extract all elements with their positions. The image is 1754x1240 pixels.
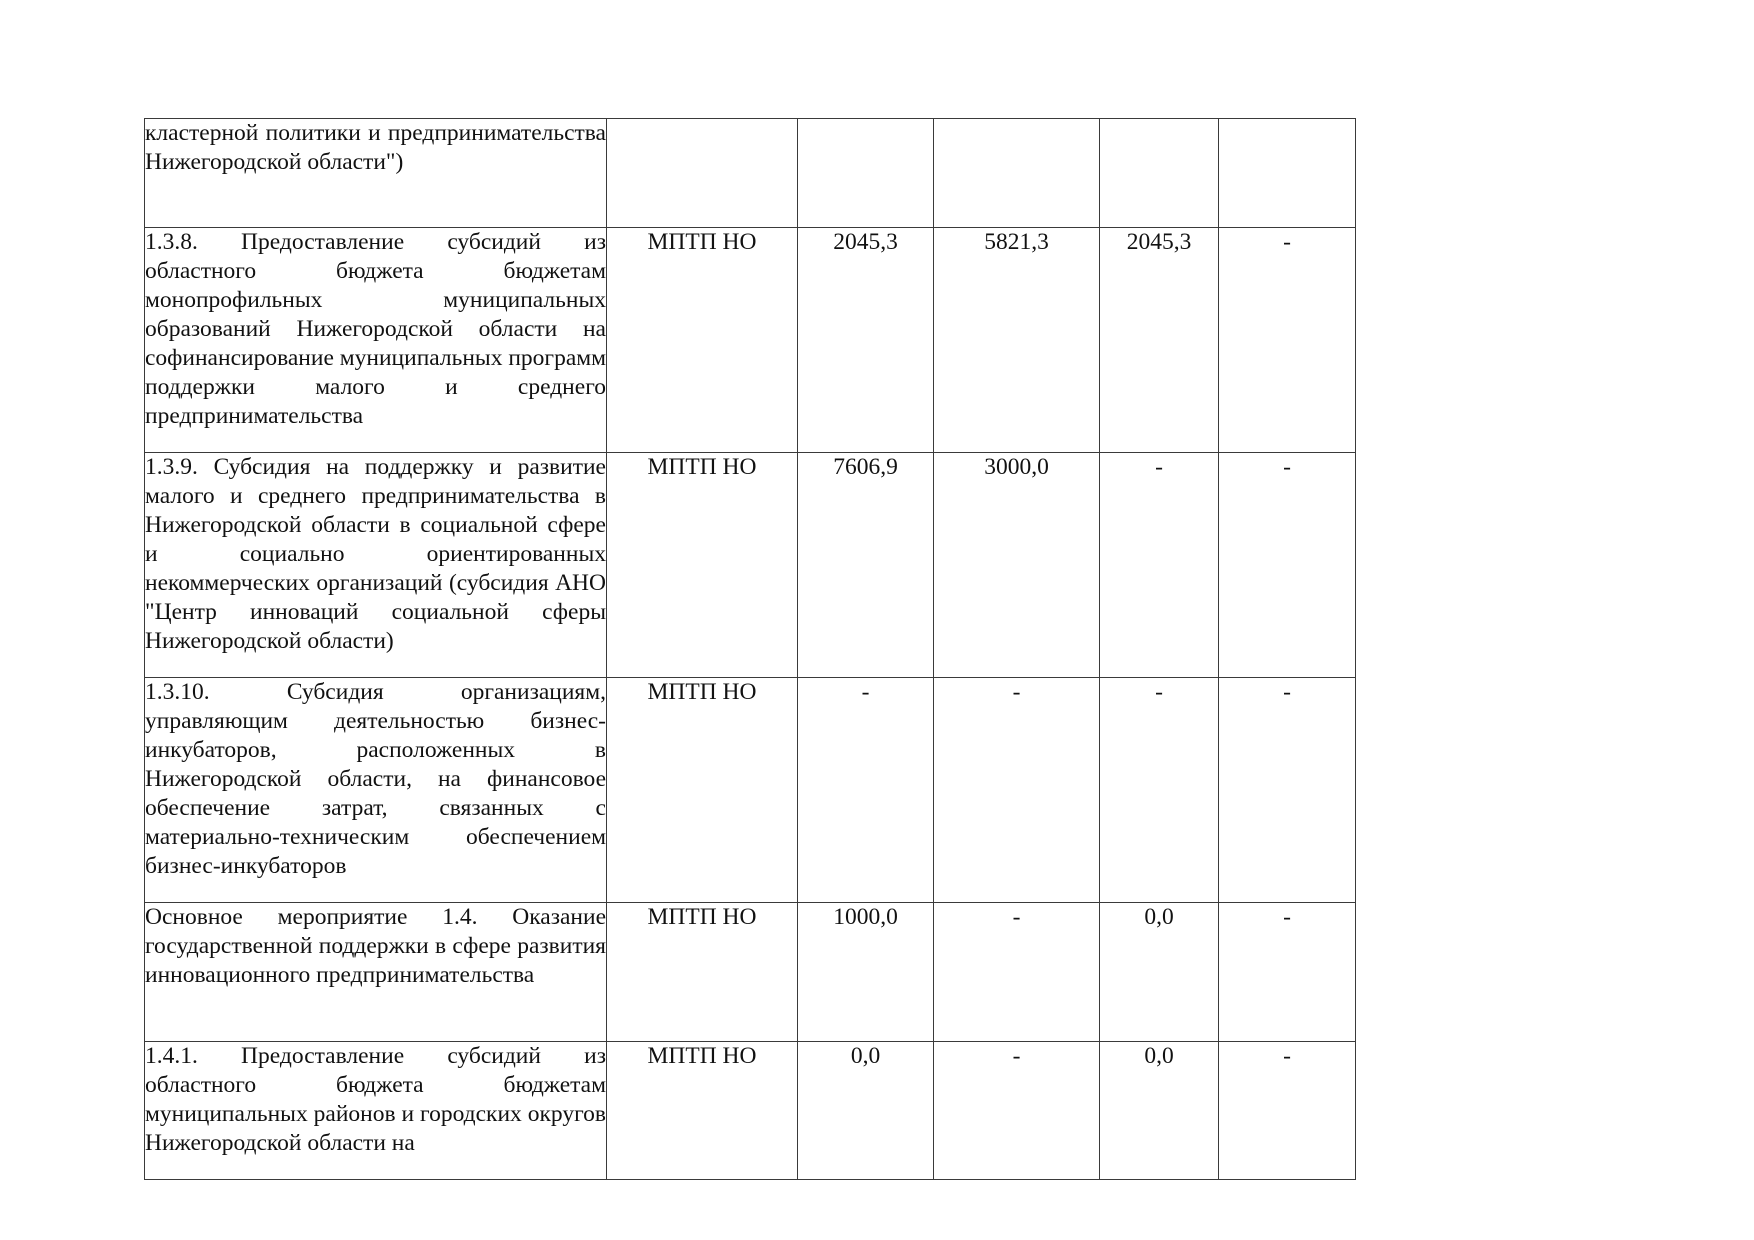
row-executor: МПТП НО bbox=[607, 1042, 798, 1180]
table-row: 1.4.1. Предоставление субсидий из област… bbox=[145, 1042, 1356, 1180]
row-value-3: 2045,3 bbox=[1100, 228, 1219, 453]
row-value-1: 2045,3 bbox=[798, 228, 934, 453]
row-value-2 bbox=[934, 119, 1100, 228]
row-value-2: 3000,0 bbox=[934, 453, 1100, 678]
row-executor bbox=[607, 119, 798, 228]
row-value-1: 0,0 bbox=[798, 1042, 934, 1180]
row-value-4: - bbox=[1219, 903, 1356, 1042]
row-description: 1.3.9. Субсидия на поддержку и развитие … bbox=[145, 453, 607, 678]
row-value-4: - bbox=[1219, 228, 1356, 453]
table-row: кластерной политики и предпринимательств… bbox=[145, 119, 1356, 228]
row-value-1: 1000,0 bbox=[798, 903, 934, 1042]
row-value-2: 5821,3 bbox=[934, 228, 1100, 453]
row-executor: МПТП НО bbox=[607, 453, 798, 678]
row-executor: МПТП НО bbox=[607, 228, 798, 453]
row-description: 1.3.8. Предоставление субсидий из област… bbox=[145, 228, 607, 453]
row-value-4 bbox=[1219, 119, 1356, 228]
row-value-1: 7606,9 bbox=[798, 453, 934, 678]
row-value-3: 0,0 bbox=[1100, 1042, 1219, 1180]
row-description: 1.3.10. Субсидия организациям, управляющ… bbox=[145, 678, 607, 903]
row-description: кластерной политики и предпринимательств… bbox=[145, 119, 607, 228]
row-value-4: - bbox=[1219, 453, 1356, 678]
row-executor: МПТП НО bbox=[607, 678, 798, 903]
table-row: Основное мероприятие 1.4. Оказание госуд… bbox=[145, 903, 1356, 1042]
row-value-3: - bbox=[1100, 453, 1219, 678]
row-value-2: - bbox=[934, 903, 1100, 1042]
row-executor: МПТП НО bbox=[607, 903, 798, 1042]
table-row: 1.3.9. Субсидия на поддержку и развитие … bbox=[145, 453, 1356, 678]
row-value-4: - bbox=[1219, 1042, 1356, 1180]
row-value-3 bbox=[1100, 119, 1219, 228]
row-value-2: - bbox=[934, 1042, 1100, 1180]
row-value-4: - bbox=[1219, 678, 1356, 903]
table-row: 1.3.10. Субсидия организациям, управляющ… bbox=[145, 678, 1356, 903]
row-description: 1.4.1. Предоставление субсидий из област… bbox=[145, 1042, 607, 1180]
document-page: кластерной политики и предпринимательств… bbox=[0, 0, 1754, 1240]
funding-table: кластерной политики и предпринимательств… bbox=[144, 118, 1356, 1180]
table-row: 1.3.8. Предоставление субсидий из област… bbox=[145, 228, 1356, 453]
row-value-1 bbox=[798, 119, 934, 228]
row-value-2: - bbox=[934, 678, 1100, 903]
row-value-3: 0,0 bbox=[1100, 903, 1219, 1042]
row-value-1: - bbox=[798, 678, 934, 903]
row-description: Основное мероприятие 1.4. Оказание госуд… bbox=[145, 903, 607, 1042]
row-value-3: - bbox=[1100, 678, 1219, 903]
